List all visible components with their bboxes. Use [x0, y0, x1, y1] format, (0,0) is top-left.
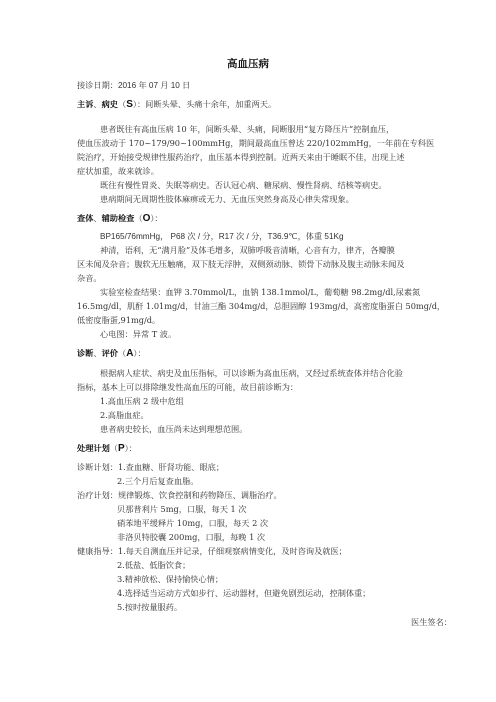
medication-item: 硝苯地平缓释片 10mg，口服，每天 2 次 — [117, 518, 268, 529]
history-line: 使血压波动于 170~179/90~100mmHg，期间最高血压曾达 220/1… — [77, 138, 434, 149]
paren-open: （ — [134, 213, 142, 223]
heading-auxiliary-exam: 辅助检查 — [102, 213, 135, 223]
paren-close: ）： — [125, 443, 137, 453]
treatment-summary: 规律锻炼、饮食控制和药物降压、调脂治疗。 — [118, 490, 282, 500]
reasoning-line: 根据病人症状、病史及血压指标，可以诊断为高血压病，又经过系统查体并结合化验 — [100, 368, 403, 379]
visit-date-value: 2016 年 07 月 10 日 — [118, 81, 190, 90]
soap-letter-s: S — [126, 99, 133, 110]
doctor-signature-label: 医生签名： — [411, 617, 452, 628]
heading-evaluation: 评价 — [102, 348, 118, 358]
health-guidance-item: 2.低盐、低脂饮食； — [117, 560, 190, 571]
health-guidance-item: 4.选择适当运动方式如步行、运动器材，但避免剧烈运动，控制体重； — [117, 588, 370, 599]
medication-item: 贝那普利片 5mg，口服，每天 1 次 — [117, 504, 246, 515]
lab-line: 实验室检查结果：血钾 3.70mmol/L，血钠 138.1mmol/L，葡萄糖… — [100, 287, 420, 298]
heading-physical-exam: 查体 — [77, 213, 93, 223]
assessment-note: 患者病史较长，血压尚未达到理想范围。 — [100, 424, 247, 435]
heading-chief-complaint: 主诉 — [77, 99, 93, 109]
diagnosis-item: 1.高血压病 2 级中危组 — [100, 396, 184, 407]
heading-history: 病史 — [102, 99, 118, 109]
diagnosis-item: 2.高脂血症。 — [100, 410, 149, 421]
paren-close: ）： — [133, 99, 145, 109]
chief-complaint-text: 间断头晕、头痛十余年，加重两天。 — [145, 99, 276, 109]
health-guidance-item: 3.精神放松、保持愉快心情； — [117, 574, 223, 585]
exam-line: 神清，语利，无“满月脸”及体毛增多，双肺呼吸音清晰，心音有力，律齐，各瓣膜 — [100, 245, 395, 256]
ecg-line: 心电图：异常 T 波。 — [100, 329, 176, 340]
soap-letter-p: P — [118, 443, 125, 454]
history-line: 患者既往有高血压病 10 年，间断头晕、头痛，间断服用“复方降压片”控制血压， — [100, 124, 394, 135]
health-guidance-label: 健康指导： — [77, 546, 118, 556]
assessment-section-heading: 诊断、评价（A）： — [77, 348, 146, 359]
diagnostic-plan-item: 2.三个月后复查血脂。 — [117, 476, 199, 487]
past-history-line: 既往有慢性胃炎、失眠等病史。否认冠心病、糖尿病、慢性肾病、结核等病史。 — [100, 180, 387, 191]
medication-item: 非洛贝特胶囊 200mg，口服，每晚 1 次 — [117, 532, 265, 543]
heading-separator: 、 — [93, 348, 101, 358]
objective-section-heading: 查体、辅助检查（O）： — [77, 213, 163, 224]
history-line: 院治疗，开始接受规律性服药治疗，血压基本得到控制。近两天来由于睡眠不佳，出现上述 — [77, 152, 405, 163]
subjective-section-heading: 主诉、病史（S）：间断头晕、头痛十余年，加重两天。 — [77, 99, 276, 110]
lab-line: 低密度脂蛋,91mg/d。 — [77, 315, 160, 326]
paren-close: ）： — [150, 213, 162, 223]
diagnostic-plan-item: 1.查血糖、肝肾功能、眼底； — [118, 462, 224, 472]
paren-close: ）： — [133, 348, 145, 358]
document-title: 高血压病 — [0, 56, 496, 71]
visit-date-label: 接诊日期： — [77, 80, 118, 90]
lab-line: 16.5mg/dl，肌酐 1.01mg/d，甘油三酯 304mg/d，总胆固醇 … — [77, 301, 445, 312]
diagnostic-plan-line: 诊断计划：1.查血糖、肝肾功能、眼底； — [77, 462, 224, 473]
history-line: 症状加重，故来就诊。 — [77, 166, 159, 177]
heading-plan: 处理计划 — [77, 443, 110, 453]
vitals-line: BP165/76mmHg， P68 次 / 分，R17 次 / 分，T36.9℃… — [100, 231, 344, 242]
exam-line: 杂音。 — [77, 273, 102, 284]
treatment-plan-line: 治疗计划：规律锻炼、饮食控制和药物降压、调脂治疗。 — [77, 490, 282, 501]
treatment-plan-label: 治疗计划： — [77, 490, 118, 500]
health-guidance-item: 1.每天自测血压并记录，仔细观察病情变化，及时咨询及就医； — [118, 546, 347, 556]
paren-open: （ — [118, 348, 126, 358]
paren-open: （ — [110, 443, 118, 453]
diagnostic-plan-label: 诊断计划： — [77, 462, 118, 472]
heading-separator: 、 — [93, 99, 101, 109]
heading-separator: 、 — [93, 213, 101, 223]
visit-date-line: 接诊日期：2016 年 07 月 10 日 — [77, 80, 190, 91]
health-guidance-line: 健康指导：1.每天自测血压并记录，仔细观察病情变化，及时咨询及就医； — [77, 546, 347, 557]
document-page: 高血压病 接诊日期：2016 年 07 月 10 日 主诉、病史（S）：间断头晕… — [0, 0, 496, 702]
heading-diagnosis: 诊断 — [77, 348, 93, 358]
paren-open: （ — [118, 99, 126, 109]
exam-line: 区未闻及杂音；腹软无压触痛，双下肢无浮肿，双侧颈动脉、锁骨下动脉及腹主动脉未闻及 — [77, 259, 405, 270]
reasoning-line: 指标，基本上可以排除继发性高血压的可能，故目前诊断为： — [77, 382, 298, 393]
negative-history-line: 患病期间无周期性肢体麻痹或无力、无血压突然身高及心律失常现象。 — [100, 194, 354, 205]
health-guidance-item: 5.按时按量服药。 — [117, 602, 182, 613]
plan-section-heading: 处理计划（P）： — [77, 443, 137, 454]
